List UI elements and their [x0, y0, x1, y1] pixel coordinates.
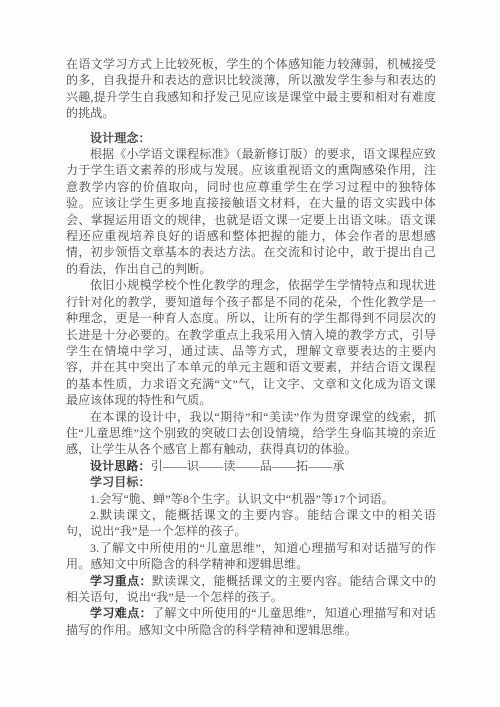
design-route-heading: 设计思路：: [90, 459, 151, 473]
design-concept-paragraph-1: 根据《小学语文课程标准》（最新修订版）的要求，语文课程应致力于学生语文素养的形成…: [66, 146, 436, 277]
design-route-line: 设计思路：引——识——读——品——拓——承: [66, 458, 436, 474]
learning-goals-heading: 学习目标：: [66, 474, 436, 490]
design-concept-paragraph-3: 在本课的设计中，我以“期待”和“美读”作为贯穿课堂的线索，抓住“儿童思维”这个别…: [66, 409, 436, 458]
intro-paragraph: 在语文学习方式上比较死板，学生的个体感知能力较薄弱，机械接受的多，自我提升和表达…: [66, 56, 436, 122]
design-route-text: 引——识——读——品——拓——承: [151, 459, 345, 473]
learning-goal-item-2: 2.默读课文，能概括课文的主要内容。能结合课文中的相关语句，说出“我”是一个怎样…: [66, 507, 436, 540]
design-concept-paragraph-2: 依旧小规模学校个性化教学的理念，依据学生学情特点和现状进行针对化的教学，要知道每…: [66, 277, 436, 408]
learning-goal-item-1: 1.会写“脆、蝉”等8个生字。认识文中“机器”等17个词语。: [66, 491, 436, 507]
learning-goal-item-3: 3.了解文中所使用的“儿童思维”，知道心理描写和对话描写的作用。感知文中所隐含的…: [66, 540, 436, 573]
learning-focus-line: 学习重点：默读课文，能概括课文的主要内容。能结合课文中的相关语句，说出“我”是一…: [66, 573, 436, 606]
document-page: 在语文学习方式上比较死板，学生的个体感知能力较薄弱，机械接受的多，自我提升和表达…: [0, 0, 500, 707]
learning-difficulty-heading: 学习难点：: [90, 606, 152, 620]
design-concept-heading: 设计理念：: [66, 130, 436, 146]
document-body: 在语文学习方式上比较死板，学生的个体感知能力较薄弱，机械接受的多，自我提升和表达…: [66, 56, 436, 638]
learning-focus-heading: 学习重点：: [90, 574, 152, 588]
learning-difficulty-line: 学习难点：了解文中所使用的“儿童思维”，知道心理描写和对话描写的作用。感知文中所…: [66, 605, 436, 638]
